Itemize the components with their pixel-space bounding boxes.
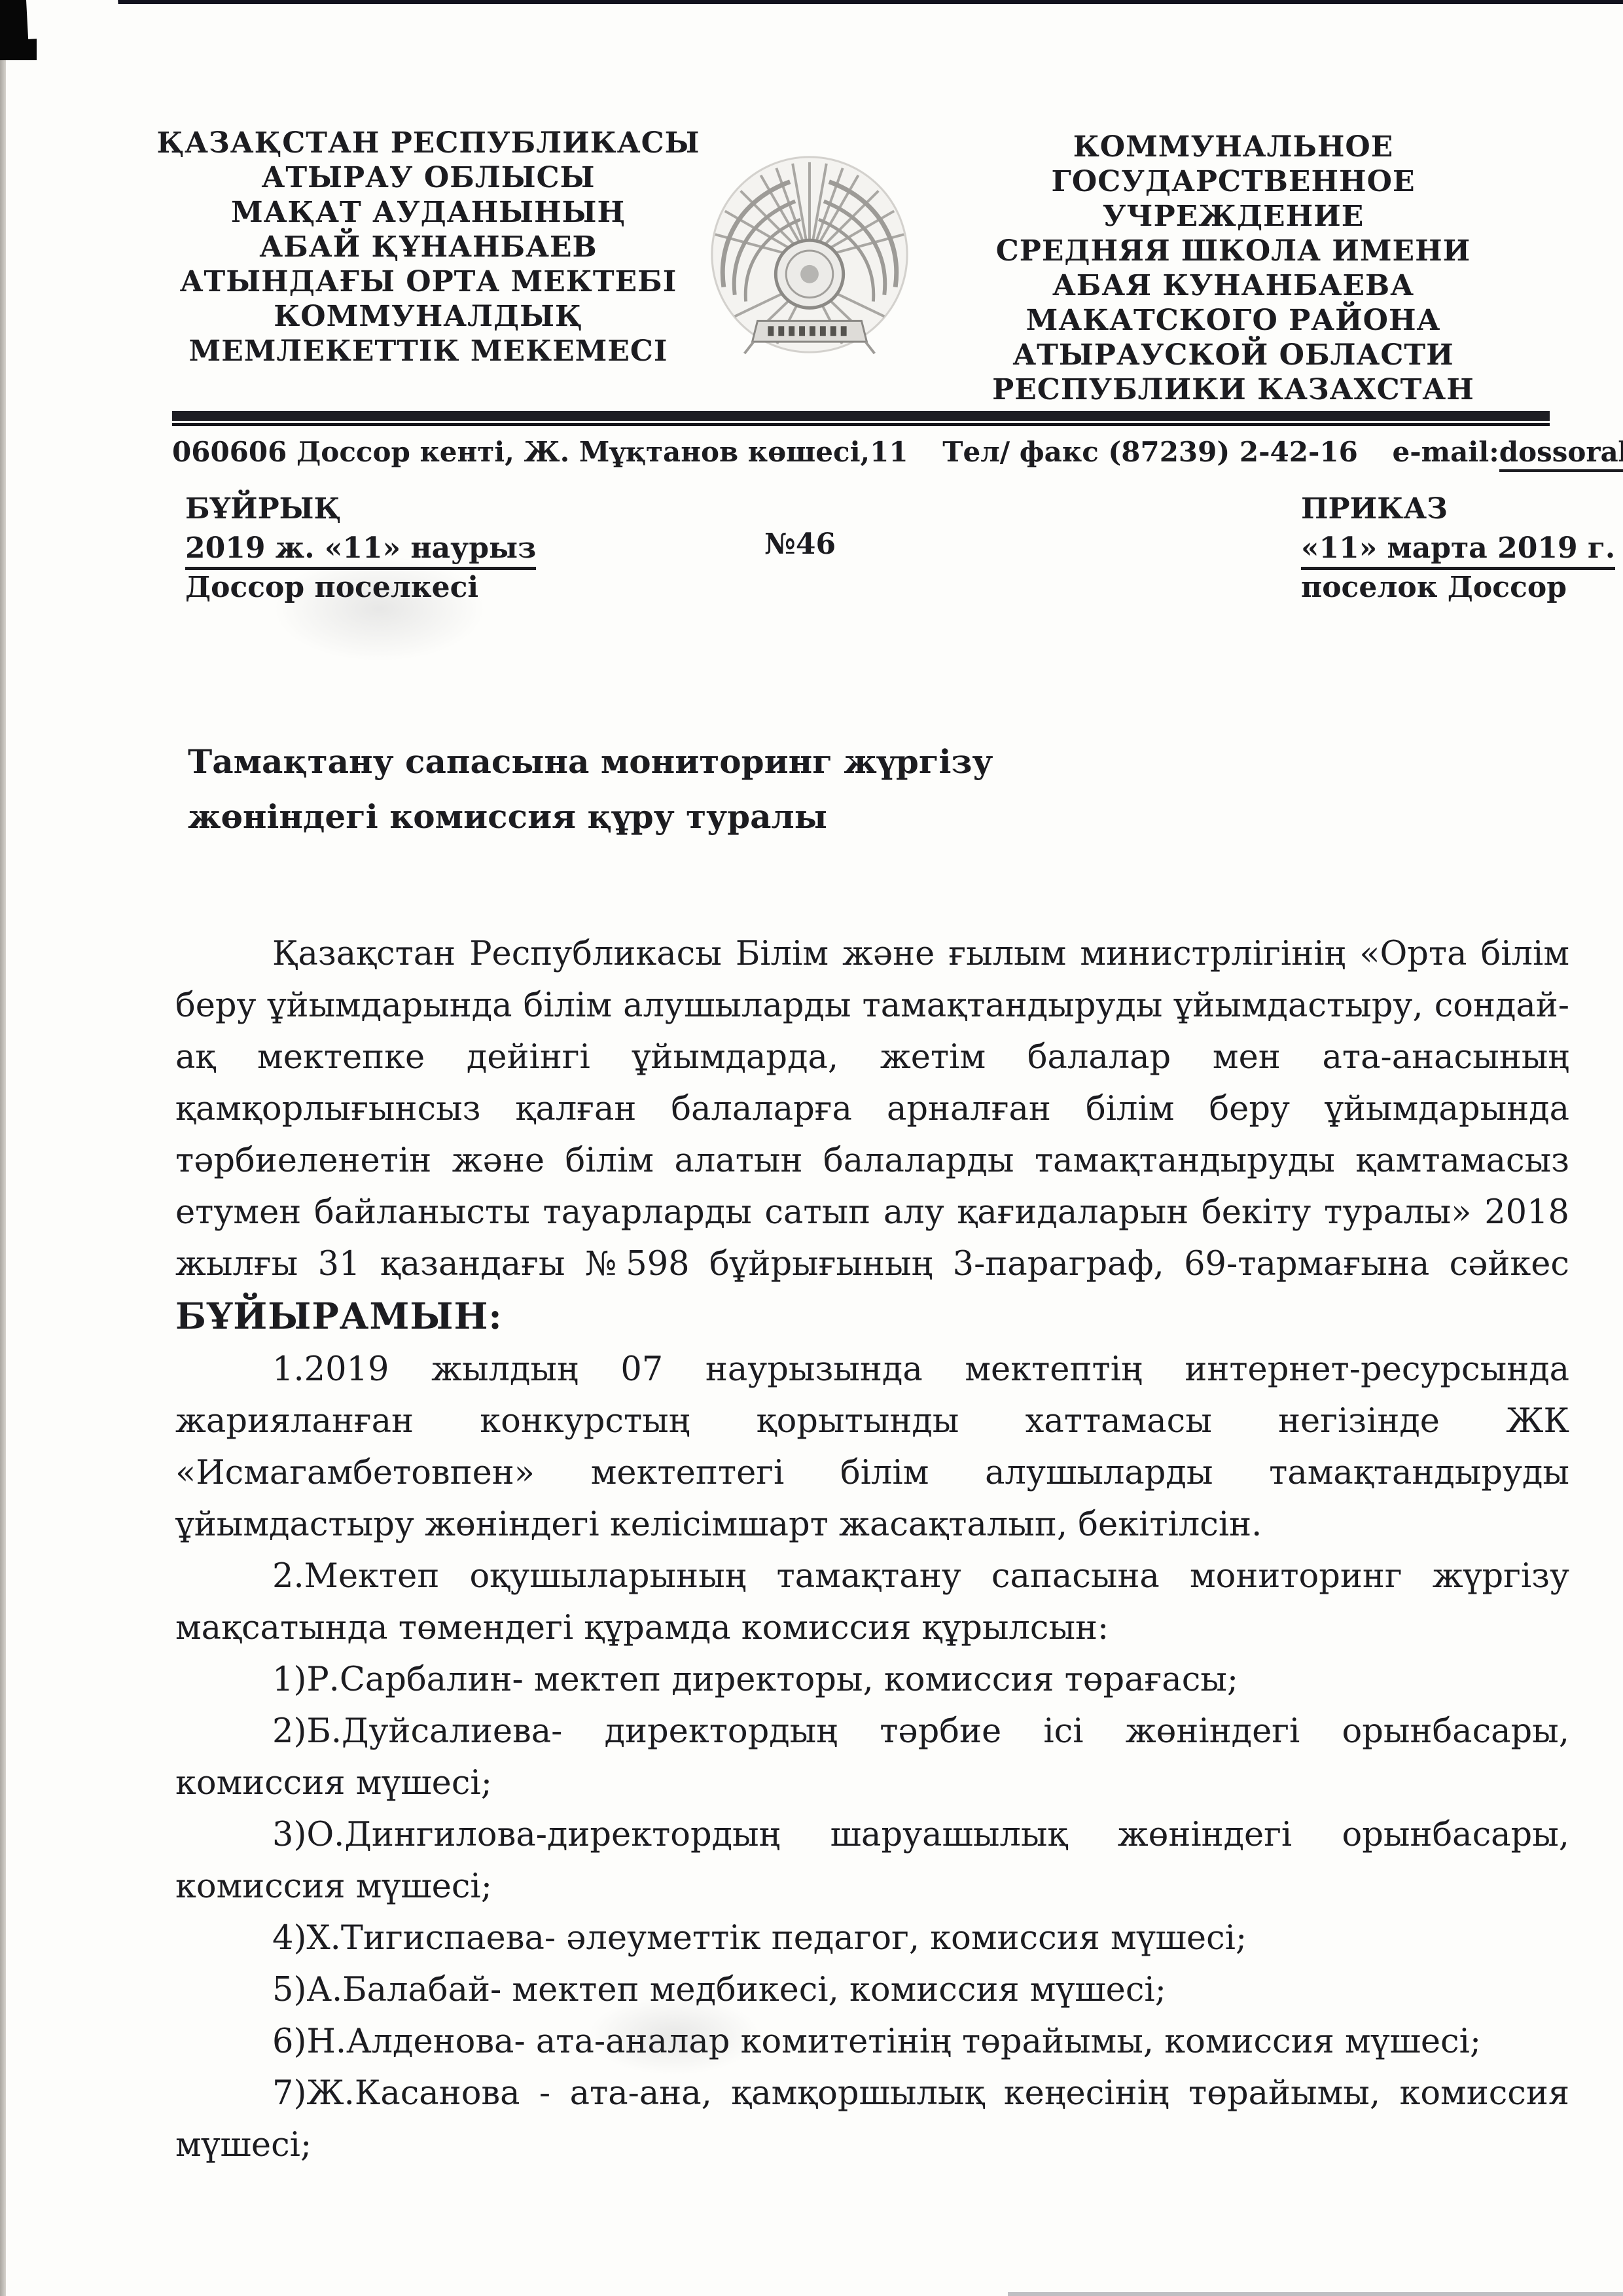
commission-member-item: 6)Н.Алденова- ата-аналар комитетінің төр… (175, 2016, 1569, 2068)
intro-text: Қазақстан Республикасы Білім және ғылым … (175, 935, 1569, 1283)
email-label: e-mail: (1392, 436, 1499, 468)
scan-artifact-left-edge (0, 60, 6, 2296)
order-date-russian: «11» марта 2019 г. (1301, 531, 1615, 570)
scan-artifact-bottom-edge (1008, 2292, 1623, 2296)
order-number: №46 (764, 528, 836, 561)
phone-fax: Тел/ факс (87239) 2-42-16 (942, 436, 1358, 468)
order-word-kazakh: БҰЙРЫҚ (185, 490, 536, 529)
decree-verb: БҰЙЫРАМЫН: (175, 1295, 503, 1337)
postal-address: 060606 Доссор кенті, Ж. Мұқтанов көшесі,… (172, 436, 908, 468)
letterhead-russian-block: КОММУНАЛЬНОЕ ГОСУДАРСТВЕННОЕ УЧРЕЖДЕНИЕ … (904, 130, 1562, 407)
contact-line: 060606 Доссор кенті, Ж. Мұқтанов көшесі,… (172, 436, 1550, 468)
commission-member-item: 5)А.Балабай- мектеп медбикесі, комиссия … (175, 1964, 1569, 2016)
order-place-russian: поселок Доссор (1301, 568, 1615, 607)
order-word-russian: ПРИКАЗ (1301, 490, 1615, 529)
document-title: Тамақтану сапасына мониторинг жүргізу жө… (188, 734, 1169, 844)
commission-member-item: 1)Р.Сарбалин- мектеп директоры, комиссия… (175, 1654, 1569, 1706)
scan-artifact-page-corner (26, 0, 120, 39)
commission-member-item: 4)Х.Тигиспаева- әлеуметтік педагог, коми… (175, 1912, 1569, 1964)
kazakhstan-emblem-icon (705, 151, 914, 359)
order-item-2: 2.Мектеп оқушыларының тамақтану сапасына… (175, 1551, 1569, 1654)
scan-artifact-top-edge (0, 0, 1623, 4)
letterhead-divider (172, 411, 1550, 428)
scanned-order-document: ҚАЗАҚСТАН РЕСПУБЛИКАСЫ АТЫРАУ ОБЛЫСЫ МАҚ… (0, 0, 1623, 2296)
document-body: Қазақстан Республикасы Білім және ғылым … (175, 928, 1569, 2171)
order-heading-kazakh: БҰЙРЫҚ 2019 ж. «11» наурыз Доссор поселк… (185, 490, 536, 607)
intro-paragraph: Қазақстан Республикасы Білім және ғылым … (175, 928, 1569, 1344)
order-date-kazakh: 2019 ж. «11» наурыз (185, 531, 536, 570)
commission-member-item: 7)Ж.Касанова - ата-ана, қамқоршылық кеңе… (175, 2068, 1569, 2171)
commission-member-item: 3)О.Дингилова-директордың шаруашылық жөн… (175, 1809, 1569, 1912)
order-item-1: 1.2019 жылдың 07 наурызында мектептің ин… (175, 1344, 1569, 1551)
email-address: dossorabai@mail.ru (1499, 436, 1623, 472)
order-heading-russian: ПРИКАЗ «11» марта 2019 г. поселок Доссор (1301, 490, 1615, 607)
commission-member-item: 2)Б.Дуйсалиева- директордың тәрбие ісі ж… (175, 1706, 1569, 1809)
letterhead-kazakh-block: ҚАЗАҚСТАН РЕСПУБЛИКАСЫ АТЫРАУ ОБЛЫСЫ МАҚ… (152, 126, 705, 368)
order-place-kazakh: Доссор поселкесі (185, 568, 536, 607)
